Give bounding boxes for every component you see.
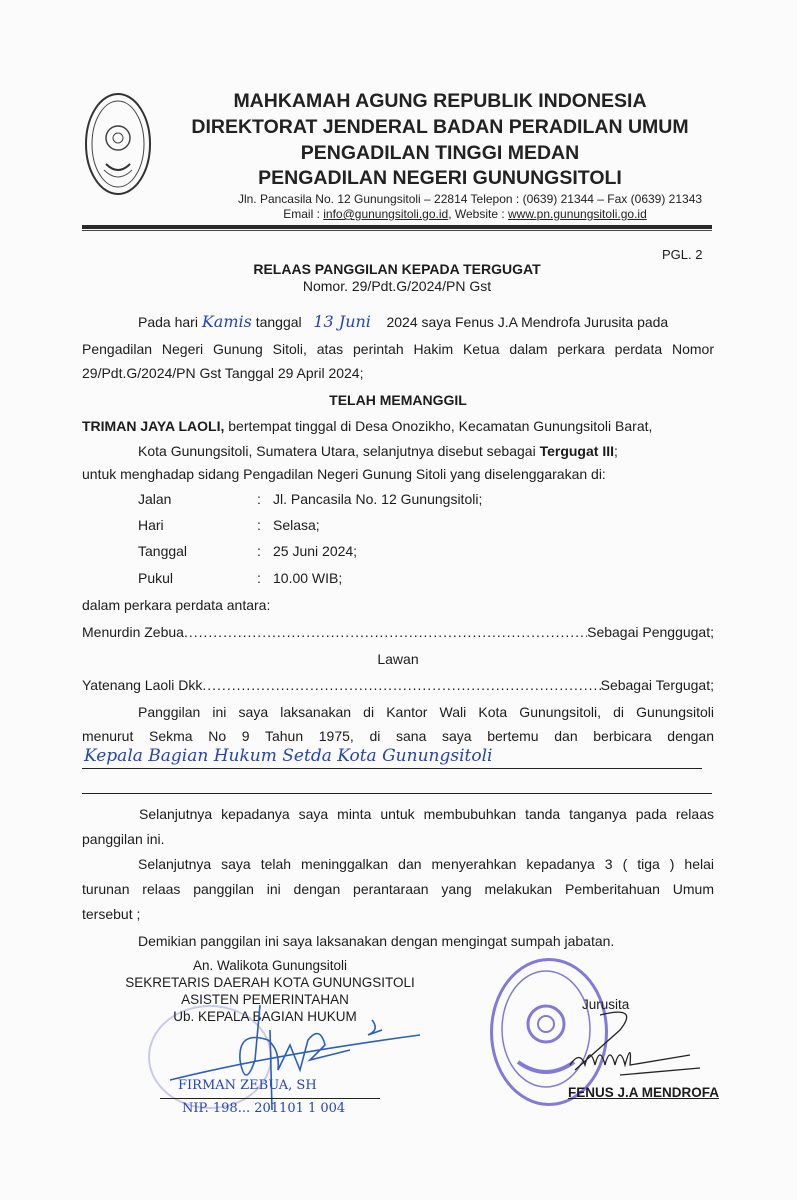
defendant-name: Yatenang Laoli Dkk: [82, 677, 202, 693]
plaintiff-role: Sebagai Penggugat;: [587, 624, 714, 640]
handwritten-day: Kamis: [202, 312, 252, 331]
email-label: Email :: [283, 207, 323, 221]
dot-leader: ........................................…: [184, 624, 587, 640]
document-code: PGL. 2: [662, 247, 702, 262]
text: 2024 saya Fenus J.A Mendrofa Jurusita pa…: [386, 314, 668, 330]
text: Pada hari: [138, 314, 198, 330]
website-label: , Website :: [448, 207, 508, 221]
plaintiff-line: Menurdin Zebua .........................…: [82, 624, 714, 640]
defendant-line: Yatenang Laoli Dkk .....................…: [82, 677, 714, 693]
party-name: TRIMAN JAYA LAOLI,: [82, 418, 224, 434]
party-line-2: Kota Gunungsitoli, Sumatera Utara, selan…: [138, 443, 618, 459]
schedule-label: Hari: [138, 517, 164, 533]
right-signer-name: FENUS J.A MENDROFA: [568, 1085, 719, 1100]
paragraph-3-line-2: panggilan ini.: [82, 831, 165, 847]
colon: :: [257, 491, 261, 507]
letterhead-contact: Email : info@gunungsitoli.go.id, Website…: [150, 207, 780, 221]
colon: :: [257, 570, 261, 586]
party-line-1: TRIMAN JAYA LAOLI, bertempat tinggal di …: [82, 418, 652, 434]
paragraph-3-line-1: Selanjutnya kepadanya saya minta untuk m…: [139, 806, 714, 822]
plaintiff-name: Menurdin Zebua: [82, 624, 184, 640]
letterhead-line-4: PENGADILAN NEGERI GUNUNGSITOLI: [150, 167, 730, 190]
paragraph-1-line-3: 29/Pdt.G/2024/PN Gst Tanggal 29 April 20…: [82, 365, 363, 381]
defendant-role: Sebagai Tergugat;: [601, 677, 714, 693]
letterhead-address: Jln. Pancasila No. 12 Gunungsitoli – 228…: [150, 192, 790, 206]
summon-line: untuk menghadap sidang Pengadilan Negeri…: [82, 466, 606, 482]
letterhead-divider: [82, 225, 712, 229]
signature-scribble: [150, 1000, 430, 1110]
website-link[interactable]: www.pn.gunungsitoli.go.id: [508, 207, 647, 221]
text: tanggal: [256, 314, 302, 330]
paragraph-2-line-2: menurut Sekma No 9 Tahun 1975, di sana s…: [82, 728, 714, 744]
schedule-value: Selasa;: [273, 517, 320, 533]
signature-scribble: [560, 1010, 710, 1085]
schedule-label: Jalan: [138, 491, 171, 507]
colon: :: [257, 543, 261, 559]
letterhead-line-3: PENGADILAN TINGGI MEDAN: [150, 142, 730, 165]
left-signer-nip: NIP. 198... 201101 1 004: [182, 1101, 345, 1116]
handwritten-recipient: Kepala Bagian Hukum Setda Kota Gunungsit…: [84, 746, 492, 766]
court-seal-icon: [84, 92, 152, 196]
fill-line: [82, 768, 702, 769]
colon: :: [257, 517, 261, 533]
schedule-label: Tanggal: [138, 543, 187, 559]
fill-line: [82, 793, 712, 794]
schedule-label: Pukul: [138, 570, 173, 586]
paragraph-5: Demikian panggilan ini saya laksanakan d…: [138, 933, 614, 949]
paragraph-4-line-3: tersebut ;: [82, 906, 140, 922]
schedule-value: Jl. Pancasila No. 12 Gunungsitoli;: [273, 491, 482, 507]
email-link[interactable]: info@gunungsitoli.go.id: [323, 207, 448, 221]
text: Kota Gunungsitoli, Sumatera Utara, selan…: [138, 443, 540, 459]
party-role: Tergugat III: [540, 443, 614, 459]
signature-line: [160, 1098, 380, 1099]
letterhead-line-1: MAHKAMAH AGUNG REPUBLIK INDONESIA: [150, 90, 730, 113]
left-signer-name: FIRMAN ZEBUA, SH: [178, 1078, 317, 1093]
letterhead-divider-thin: [82, 230, 712, 231]
paragraph-2-line-1: Panggilan ini saya laksanakan di Kantor …: [138, 704, 714, 720]
paragraph-4-line-2: turunan relaas panggilan ini dengan pera…: [82, 881, 714, 897]
versus: Lawan: [82, 651, 714, 667]
document-number: Nomor. 29/Pdt.G/2024/PN Gst: [82, 278, 712, 294]
left-sig-line-1: An. Walikota Gunungsitoli: [90, 958, 450, 973]
case-between: dalam perkara perdata antara:: [82, 597, 270, 613]
left-sig-line-2: SEKRETARIS DAERAH KOTA GUNUNGSITOLI: [90, 975, 450, 990]
schedule-value: 10.00 WIB;: [273, 570, 342, 586]
dot-leader: ........................................…: [202, 677, 600, 693]
handwritten-date: 13 Juni: [313, 312, 371, 331]
schedule-value: 25 Juni 2024;: [273, 543, 357, 559]
text: bertempat tinggal di Desa Onozikho, Keca…: [224, 418, 652, 434]
document-title: RELAAS PANGGILAN KEPADA TERGUGAT: [82, 261, 712, 277]
paragraph-1-line-2: Pengadilan Negeri Gunung Sitoli, atas pe…: [82, 341, 714, 357]
letterhead-line-2: DIREKTORAT JENDERAL BADAN PERADILAN UMUM: [150, 116, 730, 139]
paragraph-1-line-1: Pada hari Kamis tanggal 13 Juni 2024 say…: [138, 312, 668, 331]
paragraph-4-line-1: Selanjutnya saya telah meninggalkan dan …: [138, 856, 714, 872]
text: ;: [614, 443, 618, 459]
section-heading: TELAH MEMANGGIL: [82, 392, 714, 408]
